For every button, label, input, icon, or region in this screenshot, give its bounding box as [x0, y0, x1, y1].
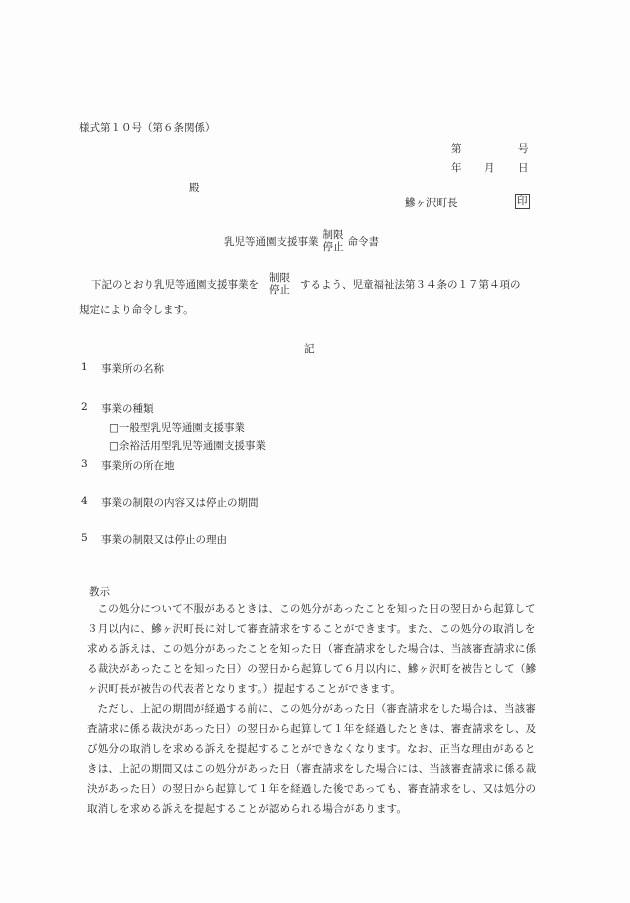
item-number: 5: [81, 532, 88, 544]
item-label: 事業所の所在地: [101, 458, 175, 473]
ki-heading: 記: [304, 341, 315, 356]
body-pre: 下記のとおり乳児等通園支援事業を: [91, 277, 259, 292]
body-options: 制限 停止: [269, 272, 290, 296]
body-option-suspend: 停止: [269, 284, 290, 296]
seal-stamp: 印: [515, 194, 530, 209]
checkbox-icon[interactable]: □: [109, 422, 119, 434]
item-number: 3: [81, 458, 88, 470]
notice-paragraph: ただし、上記の期間が経過する前に、この処分があった日（審査請求をした場合は、当該…: [87, 699, 543, 819]
business-type-option: □一般型乳児等通園支援事業: [109, 420, 245, 435]
body-post: するよう、児童福祉法第３４条の１７第４項の: [300, 277, 521, 292]
doc-number-prefix: 第: [451, 141, 462, 156]
item-label: 事業の種類: [101, 401, 154, 416]
business-type-label: 余裕活用型乳児等通園支援事業: [119, 440, 266, 452]
item-label: 事業の制限の内容又は停止の期間: [101, 495, 259, 510]
notice-heading: 教示: [89, 584, 110, 599]
item-number: 1: [81, 361, 88, 373]
body-option-restrict: 制限: [269, 272, 290, 284]
form-number: 様式第１０号（第６条関係）: [79, 120, 216, 135]
doc-number-suffix: 号: [518, 141, 529, 156]
business-type-option: □余裕活用型乳児等通園支援事業: [109, 438, 266, 453]
title-option-restrict: 制限: [323, 229, 344, 241]
date-year: 年: [451, 160, 462, 175]
title-post: 命令書: [348, 234, 380, 249]
document-title: 乳児等通園支援事業 制限 停止 命令書: [224, 229, 379, 253]
item-number: 2: [81, 401, 88, 413]
date-day: 日: [518, 160, 529, 175]
body-line-1: 下記のとおり乳児等通園支援事業を 制限 停止 するよう、児童福祉法第３４条の１７…: [91, 272, 521, 296]
item-number: 4: [81, 495, 88, 507]
notice-paragraph: この処分について不服があるときは、この処分があったことを知った日の翌日から起算し…: [87, 599, 543, 699]
checkbox-icon[interactable]: □: [109, 440, 119, 452]
title-pre: 乳児等通園支援事業: [224, 234, 319, 249]
title-options: 制限 停止: [323, 229, 344, 253]
item-label: 事業の制限又は停止の理由: [101, 532, 227, 547]
business-type-label: 一般型乳児等通園支援事業: [119, 422, 245, 434]
notice-body: この処分について不服があるときは、この処分があったことを知った日の翌日から起算し…: [87, 599, 543, 819]
date-month: 月: [484, 160, 495, 175]
item-label: 事業所の名称: [101, 361, 164, 376]
issuer-title: 鰺ヶ沢町長: [405, 195, 458, 210]
addressee-suffix: 殿: [189, 180, 200, 195]
body-line-2: 規定により命令します。: [79, 302, 194, 317]
title-option-suspend: 停止: [323, 241, 344, 253]
